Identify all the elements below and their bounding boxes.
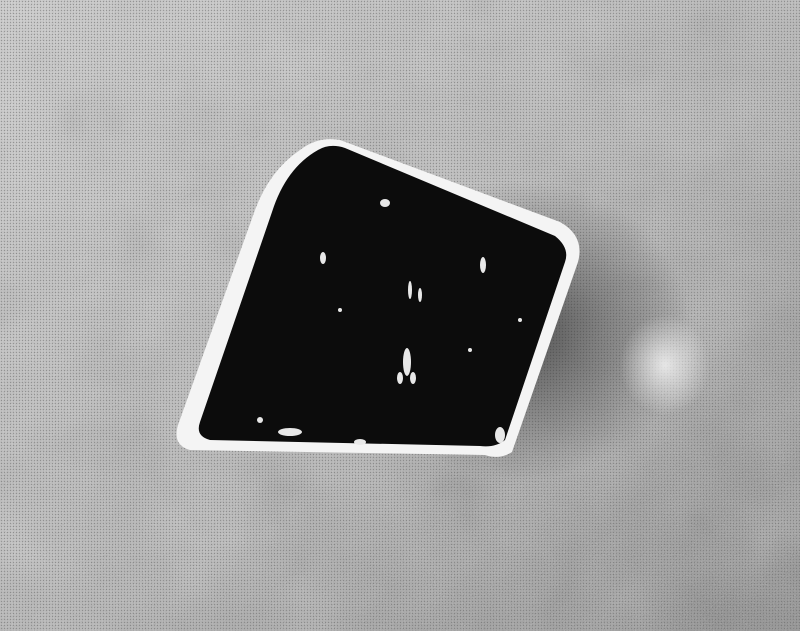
highlight-speck <box>480 257 486 273</box>
highlight-speck <box>418 288 422 302</box>
highlight-speck <box>257 417 263 423</box>
highlight-speck <box>338 308 342 312</box>
halftone-photo <box>0 0 800 631</box>
highlight-speck <box>380 199 390 207</box>
highlight-speck <box>518 318 522 322</box>
highlight-speck <box>320 252 326 264</box>
light-reflection <box>620 315 710 415</box>
highlight-speck <box>397 372 403 384</box>
highlight-speck <box>278 428 302 436</box>
highlight-speck <box>403 348 411 376</box>
highlight-speck <box>495 427 505 443</box>
photo-stage <box>0 0 800 631</box>
highlight-speck <box>468 348 472 352</box>
highlight-speck <box>410 372 416 384</box>
highlight-speck <box>354 439 366 445</box>
highlight-speck <box>408 281 412 299</box>
